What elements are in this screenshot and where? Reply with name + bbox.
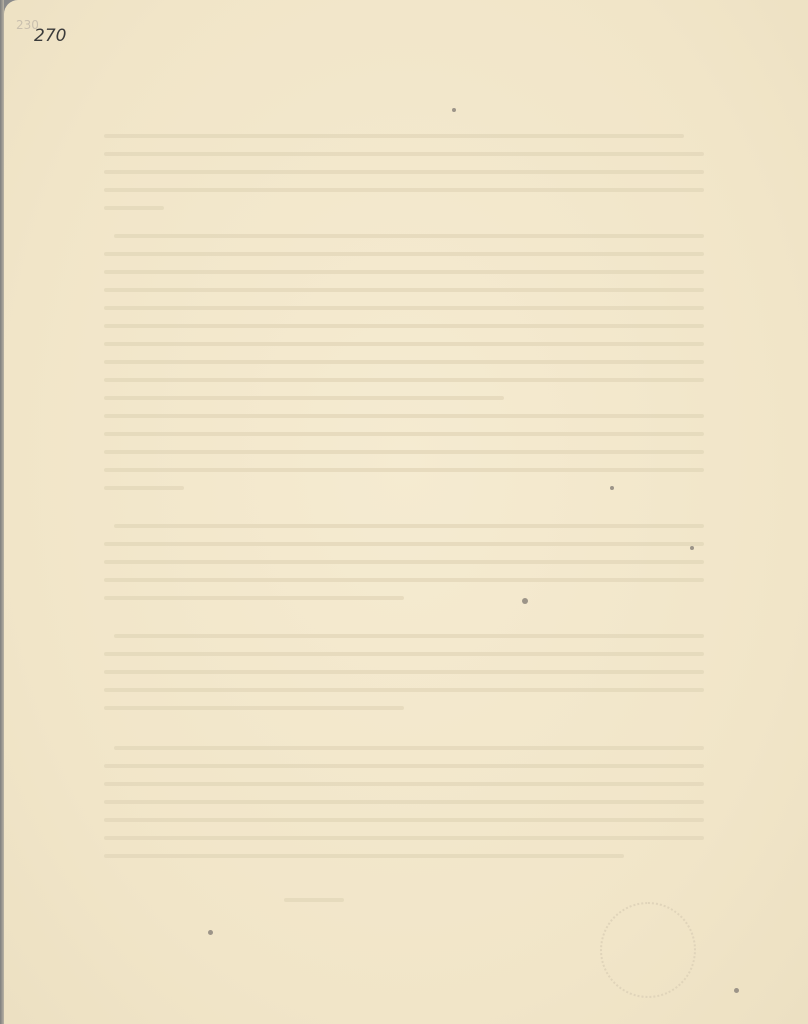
speck xyxy=(452,108,456,112)
faded-stamp xyxy=(600,902,696,998)
speck xyxy=(610,486,614,490)
speck xyxy=(522,598,528,604)
page-number: 270 xyxy=(34,26,66,46)
speck xyxy=(734,988,739,993)
speck xyxy=(690,546,694,550)
document-page: 230 270 xyxy=(4,0,808,1024)
speck xyxy=(208,930,213,935)
